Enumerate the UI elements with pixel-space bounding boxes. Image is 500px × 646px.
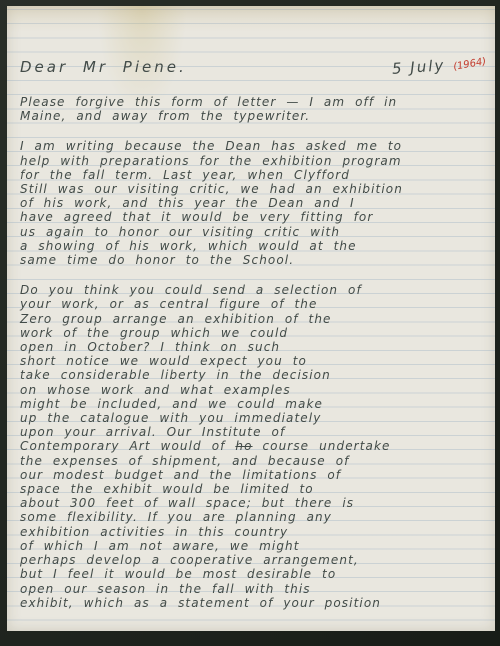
letter-body: Please forgive this form of letter — I a… (20, 95, 493, 626)
date-group: 5 July (1964) (392, 58, 487, 76)
letter-line: short notice we would expect you to (20, 354, 493, 368)
letter-line: space the exhibit would be limited to (20, 482, 493, 496)
letter-line: help with preparations for the exhibitio… (20, 154, 493, 168)
paragraph: Do you think you could send a selection … (20, 283, 493, 610)
letter-line: Contemporary Art would of ho course unde… (20, 439, 493, 453)
struck-word: ho (235, 439, 252, 453)
letter-line: have agreed that it would be very fittin… (20, 210, 493, 224)
letter-date: 5 July (392, 56, 446, 78)
letter-line: of his work, and this year the Dean and … (20, 196, 493, 210)
year-annotation: (1964) (452, 56, 487, 73)
salutation: Dear Mr Piene. (20, 58, 187, 76)
letter-line: take considerable liberty in the decisio… (20, 368, 493, 382)
letter-paper: Dear Mr Piene. 5 July (1964) Please forg… (7, 6, 495, 631)
letter-line: your work, or as central figure of the (20, 297, 493, 311)
photo-backdrop: Dear Mr Piene. 5 July (1964) Please forg… (0, 0, 500, 646)
letter-line: Still was our visiting critic, we had an… (20, 182, 493, 196)
letter-line: our modest budget and the limitations of (20, 468, 493, 482)
letter-line: same time do honor to the School. (20, 253, 493, 267)
letter-line: exhibition activities in this country (20, 525, 493, 539)
letter-line: the expenses of shipment, and because of (20, 454, 493, 468)
letter-line: us again to honor our visiting critic wi… (20, 225, 493, 239)
paragraph: Please forgive this form of letter — I a… (20, 95, 493, 123)
letter-line: up the catalogue with you immediately (20, 411, 493, 425)
letter-line: perhaps develop a cooperative arrangemen… (20, 553, 493, 567)
line-segment: course undertake (253, 439, 391, 453)
letter-line: I am writing because the Dean has asked … (20, 139, 493, 153)
letter-line: upon your arrival. Our Institute of (20, 425, 493, 439)
letter-line: for the fall term. Last year, when Clyff… (20, 168, 493, 182)
letter-line: open our season in the fall with this (20, 582, 493, 596)
letter-header: Dear Mr Piene. 5 July (1964) (20, 58, 487, 76)
letter-line: Zero group arrange an exhibition of the (20, 312, 493, 326)
letter-line: work of the group which we could (20, 326, 493, 340)
letter-line: Maine, and away from the typewriter. (20, 109, 493, 123)
letter-line: of which I am not aware, we might (20, 539, 493, 553)
letter-line: might be included, and we could make (20, 397, 493, 411)
paper-aging-edge (7, 6, 495, 32)
line-segment: Contemporary Art would of (20, 439, 235, 453)
letter-line: Please forgive this form of letter — I a… (20, 95, 493, 109)
letter-line: Do you think you could send a selection … (20, 283, 493, 297)
letter-line: about 300 feet of wall space; but there … (20, 496, 493, 510)
letter-line: on whose work and what examples (20, 383, 493, 397)
letter-line: exhibit, which as a statement of your po… (20, 596, 493, 610)
letter-line: open in October? I think on such (20, 340, 493, 354)
letter-line: some flexibility. If you are planning an… (20, 510, 493, 524)
letter-line: a showing of his work, which would at th… (20, 239, 493, 253)
paragraph: I am writing because the Dean has asked … (20, 139, 493, 267)
letter-line: but I feel it would be most desirable to (20, 567, 493, 581)
